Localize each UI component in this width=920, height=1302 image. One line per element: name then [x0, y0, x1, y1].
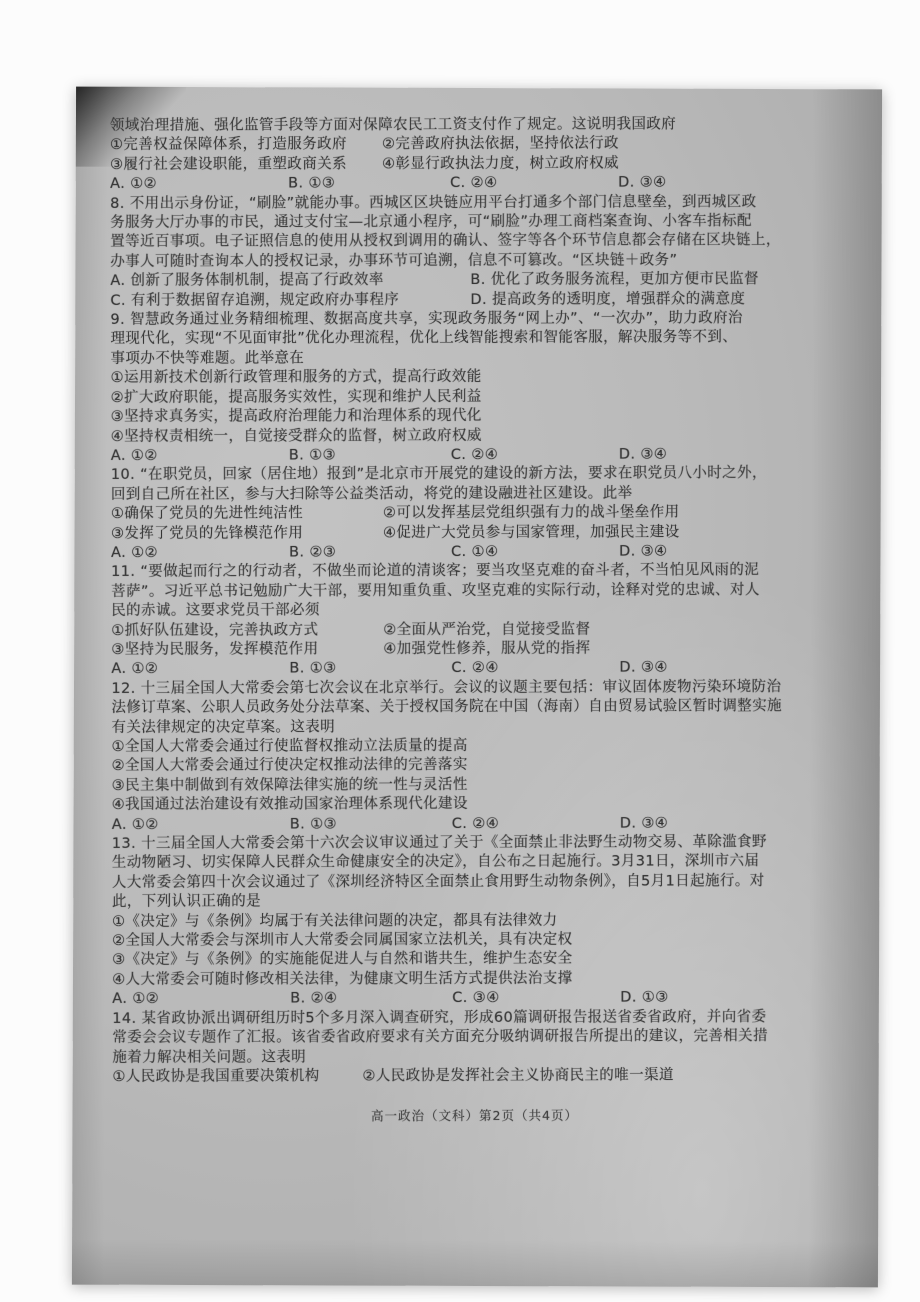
text-line: 菩萨”。习近平总书记勉励广大干部，要用知重负重、攻坚克难的实际行动，诠释对党的忠… [111, 581, 835, 602]
text-line: ②全国人大常委会与深圳市人大常委会同属国家立法机关，具有决定权 [112, 930, 836, 951]
option-item: ①抓好队伍建设，完善执政方式 [111, 621, 383, 641]
option-item: D. 提高政务的透明度，增强群众的满意度 [470, 290, 834, 310]
option-item: D. ③④ [618, 173, 834, 193]
text-line: 9. 智慧政务通过业务精细梳理、数据高度共享，实现政务服务“网上办”、“一次办”… [110, 309, 834, 330]
option-pair-row: ③履行社会建设职能，重塑政商关系④彰显行政执法力度，树立政府权威 [110, 154, 834, 175]
text-line: 施着力解决相关问题。这表明 [112, 1047, 836, 1068]
text-line: 法修订草案、公职人员政务处分法草案、关于授权国务院在中国（海南）自由贸易试验区暂… [111, 697, 835, 718]
option-item: C. ①④ [451, 543, 619, 563]
text-line: 事项办不快等难题。此举意在 [111, 348, 835, 369]
option-item: D. ①③ [620, 988, 836, 1008]
text-line: ④我国通过法治建设有效推动国家治理体系现代化建设 [112, 794, 836, 815]
option-item: D. ③④ [619, 658, 835, 678]
option-item: C. 有利于数据留存追溯，规定政府办事程序 [110, 291, 470, 311]
option-item: B. ①③ [290, 815, 452, 835]
text-line: ②全国人大常委会通过行使决定权推动法律的完善落实 [112, 755, 836, 776]
text-line: ③坚持求真务实，提高政府治理能力和治理体系的现代化 [111, 406, 835, 427]
text-line: 领域治理措施、强化监管手段等方面对保障农民工工资支付作了规定。这说明我国政府 [110, 115, 834, 136]
answer-options-row: A. ①②B. ②④C. ③④D. ①③ [112, 988, 836, 1009]
text-line: 办事人可随时查询本人的授权记录，办事环节可追溯，信息不可篡改。“区块链＋政务” [110, 251, 834, 272]
text-line: 生动物陋习、切实保障人民群众生命健康安全的决定》，自公布之日起施行。3月31日，… [112, 852, 836, 873]
document-lines: 领域治理措施、强化监管手段等方面对保障农民工工资支付作了规定。这说明我国政府①完… [110, 115, 837, 1087]
text-line: ②扩大政府职能，提高服务实效性，实现和维护人民利益 [111, 387, 835, 408]
option-item: B. ①③ [289, 446, 451, 466]
option-item: ④彰显行政执法力度，树立政府权威 [382, 154, 834, 175]
option-item: A. ①② [112, 815, 290, 835]
option-item: A. ①② [111, 660, 289, 680]
option-item: C. ③④ [452, 989, 620, 1009]
option-item: ③坚持为民服务，发挥模范作用 [111, 640, 383, 660]
text-line: 此，下列认识正确的是 [112, 891, 836, 912]
answer-options-row: A. ①②B. ②③C. ①④D. ③④ [111, 542, 835, 563]
option-item: A. 创新了服务体制机制，提高了行政效率 [110, 271, 470, 291]
text-line: 务服务大厅办事的市民，通过支付宝—北京通小程序，可“刷脸”办理工商档案查询、小客… [110, 212, 834, 233]
answer-options-row: A. ①②B. ①③C. ②④D. ③④ [110, 173, 834, 194]
option-item: D. ③④ [620, 814, 836, 834]
answer-options-row: A. ①②B. ①③C. ②④D. ③④ [111, 658, 835, 679]
text-line: 14. 某省政协派出调研组历时5个多月深入调查研究，形成60篇调研报告报送省委省… [112, 1008, 836, 1029]
option-item: ①完善权益保障体系，打造服务政府 [110, 136, 382, 156]
option-pair-row: A. 创新了服务体制机制，提高了行政效率B. 优化了政务服务流程，更加方便市民监… [110, 270, 834, 291]
option-item: ②完善政府执法依据，坚持依法行政 [382, 134, 834, 155]
page-footer: 高一政治（文科）第2页（共4页） [113, 1105, 837, 1126]
text-line: ④坚持权责相统一，自觉接受群众的监督，树立政府权威 [111, 426, 835, 447]
option-pair-row: C. 有利于数据留存追溯，规定政府办事程序D. 提高政务的透明度，增强群众的满意… [110, 290, 834, 311]
option-item: ④促进广大党员参与国家管理，加强民主建设 [383, 523, 835, 544]
option-item: ①人民政协是我国重要决策机构 [112, 1067, 362, 1087]
option-item: B. ①③ [289, 659, 451, 679]
text-line: 10. “在职党员，回家（居住地）报到”是北京市开展党的建设的新方法，要求在职党… [111, 464, 835, 485]
text-line: ③《决定》与《条例》的实施能促进人与自然和谐共生，维护生态安全 [112, 950, 836, 971]
option-item: B. ②③ [289, 543, 451, 563]
option-item: C. ②④ [451, 659, 619, 679]
text-line: 人大常委会第四十次会议通过了《深圳经济特区全面禁止食用野生动物条例》，自5月1日… [112, 872, 836, 893]
text-line: 常委会会议专题作了汇报。该省委省政府要求有关方面充分吸纳调研报告所提出的建议，完… [112, 1027, 836, 1048]
option-pair-row: ①确保了党员的先进性纯洁性②可以发挥基层党组织强有力的战斗堡垒作用 [111, 503, 835, 524]
option-item: C. ②④ [451, 446, 619, 466]
text-line: 回到自己所在社区，参与大扫除等公益类活动，将党的建设融进社区建设。此举 [111, 484, 835, 505]
exam-paper-photo: 领域治理措施、强化监管手段等方面对保障农民工工资支付作了规定。这说明我国政府①完… [72, 87, 882, 1288]
text-line: ①《决定》与《条例》均属于有关法律问题的决定，都具有法律效力 [112, 911, 836, 932]
option-pair-row: ①抓好队伍建设，完善执政方式②全面从严治党，自觉接受监督 [111, 620, 835, 641]
option-pair-row: ①人民政协是我国重要决策机构②人民政协是发挥社会主义协商民主的唯一渠道 [112, 1066, 836, 1087]
option-item: A. ①② [111, 543, 289, 563]
answer-options-row: A. ①②B. ①③C. ②④D. ③④ [111, 445, 835, 466]
text-line: ①全国人大常委会通过行使监督权推动立法质量的提高 [112, 736, 836, 757]
text-line: 置等近百事项。电子证照信息的使用从授权到调用的确认、签字等各个环节信息都会存储在… [110, 231, 834, 252]
text-line: ④人大常委会可随时修改相关法律，为健康文明生活方式提供法治支撑 [112, 969, 836, 990]
option-item: ③履行社会建设职能，重塑政商关系 [110, 155, 382, 175]
text-line: 11. “要做起而行之的行动者，不做坐而论道的清谈客；要当攻坚克难的奋斗者，不当… [111, 561, 835, 582]
text-line: ③民主集中制做到有效保障法律实施的统一性与灵活性 [112, 775, 836, 796]
answer-options-row: A. ①②B. ①③C. ②④D. ③④ [112, 814, 836, 835]
option-pair-row: ①完善权益保障体系，打造服务政府②完善政府执法依据，坚持依法行政 [110, 134, 834, 155]
option-item: ②人民政协是发挥社会主义协商民主的唯一渠道 [362, 1066, 836, 1087]
option-item: B. ①③ [288, 174, 450, 194]
text-line: 民的赤诚。这要求党员干部必须 [111, 600, 835, 621]
exam-content: 领域治理措施、强化监管手段等方面对保障农民工工资支付作了规定。这说明我国政府①完… [110, 115, 837, 1127]
option-pair-row: ③坚持为民服务，发挥模范作用④加强党性修养，服从党的指挥 [111, 639, 835, 660]
option-item: C. ②④ [452, 814, 620, 834]
option-item: A. ①② [110, 175, 288, 195]
text-line: 有关法律规定的决定草案。这表明 [111, 717, 835, 738]
option-item: B. 优化了政务服务流程，更加方便市民监督 [470, 270, 834, 290]
text-line: 8. 不用出示身份证，“刷脸”就能办事。西城区区块链应用平台打通多个部门信息壁垒… [110, 193, 834, 214]
option-item: ①确保了党员的先进性纯洁性 [111, 504, 383, 524]
option-item: A. ①② [111, 446, 289, 466]
option-item: B. ②④ [290, 989, 452, 1009]
text-line: 理现代化，实现“不见面审批”优化办理流程，优化上线智能搜索和智能客服，解决服务等… [110, 329, 834, 350]
option-item: ④加强党性修养，服从党的指挥 [383, 639, 835, 660]
photo-bottom-shadow [72, 1239, 878, 1288]
option-item: ②全面从严治党，自觉接受监督 [383, 620, 835, 641]
option-item: A. ①② [112, 990, 290, 1010]
option-item: D. ③④ [619, 542, 835, 562]
text-line: 13. 十三届全国人大常委会第十六次会议审议通过了关于《全面禁止非法野生动物交易… [112, 833, 836, 854]
option-item: C. ②④ [450, 174, 618, 194]
option-item: ③发挥了党员的先锋模范作用 [111, 524, 383, 544]
text-line: ①运用新技术创新行政管理和服务的方式，提高行政效能 [111, 367, 835, 388]
text-line: 12. 十三届全国人大常委会第七次会议在北京举行。会议的议题主要包括：审议固体废… [111, 678, 835, 699]
option-pair-row: ③发挥了党员的先锋模范作用④促进广大党员参与国家管理，加强民主建设 [111, 523, 835, 544]
option-item: D. ③④ [619, 445, 835, 465]
option-item: ②可以发挥基层党组织强有力的战斗堡垒作用 [383, 503, 835, 524]
